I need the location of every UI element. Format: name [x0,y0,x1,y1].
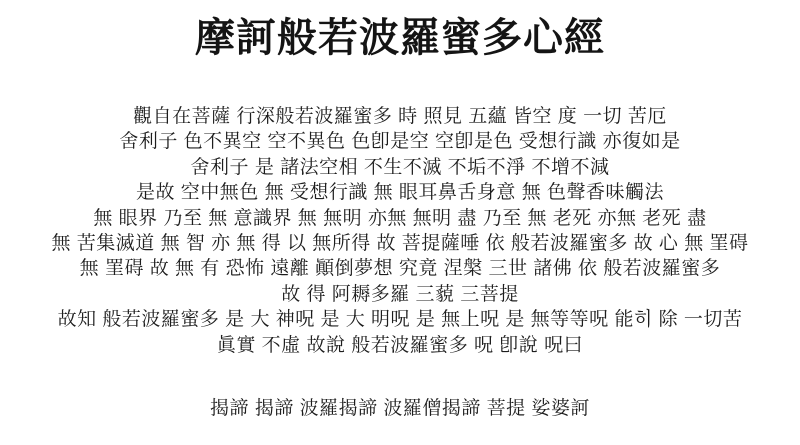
sutra-line-1: 觀自在菩薩 行深般若波羅蜜多 時 照見 五蘊 皆空 度 一切 苦厄 [0,104,800,129]
sutra-body: 觀自在菩薩 行深般若波羅蜜多 時 照見 五蘊 皆空 度 一切 苦厄 舍利子 色不… [0,104,800,358]
sutra-line-10: 眞實 不虛 故說 般若波羅蜜多 呪 卽說 呪曰 [0,333,800,358]
sutra-line-5: 無 眼界 乃至 無 意識界 無 無明 亦無 無明 盡 乃至 無 老死 亦無 老死… [0,206,800,231]
sutra-line-2: 舍利子 色不異空 空不異色 色卽是空 空卽是色 受想行識 亦復如是 [0,129,800,154]
sutra-line-6: 無 苦集滅道 無 智 亦 無 得 以 無所得 故 菩提薩唾 依 般若波羅蜜多 故… [0,231,800,256]
sutra-line-3: 舍利子 是 諸法空相 不生不滅 不垢不淨 不增不減 [0,155,800,180]
sutra-line-7: 無 罣碍 故 無 有 恐怖 遠離 顚倒夢想 究竟 涅槃 三世 諸佛 依 般若波羅… [0,256,800,281]
mantra-line: 揭諦 揭諦 波羅揭諦 波羅僧揭諦 菩提 娑婆訶 [0,396,800,421]
sutra-document: 摩訶般若波羅蜜多心經 觀自在菩薩 行深般若波羅蜜多 時 照見 五蘊 皆空 度 一… [0,0,800,445]
sutra-line-4: 是故 空中無色 無 受想行識 無 眼耳鼻舌身意 無 色聲香味觸法 [0,180,800,205]
sutra-line-9: 故知 般若波羅蜜多 是 大 神呪 是 大 明呪 是 無上呪 是 無等等呪 能히 … [0,307,800,332]
sutra-title: 摩訶般若波羅蜜多心經 [0,0,800,62]
sutra-line-8: 故 得 阿耨多羅 三藐 三菩提 [0,282,800,307]
